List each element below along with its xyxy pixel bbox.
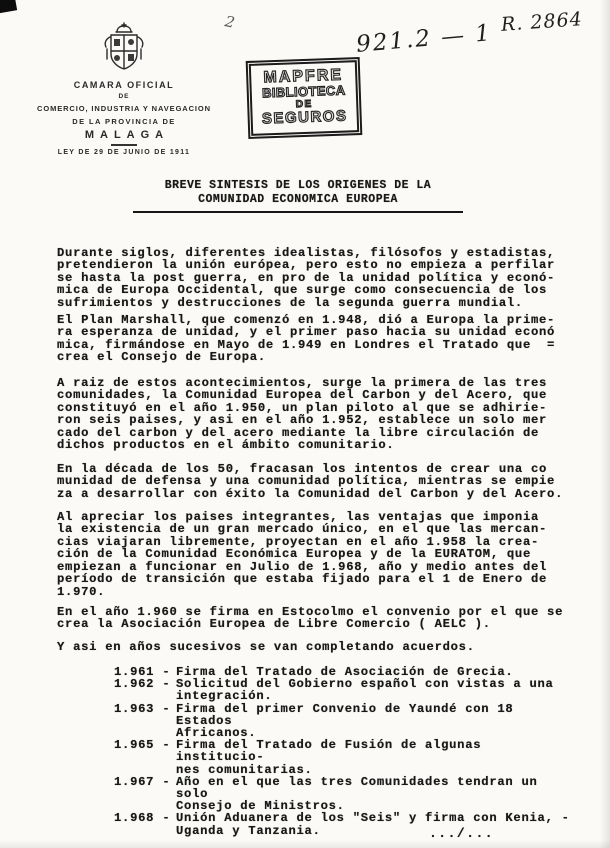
stamp-line4: SEGUROS — [255, 108, 353, 127]
timeline-separator: - — [156, 678, 176, 690]
letterhead-city: MALAGA — [28, 129, 220, 141]
title-line1: BREVE SINTESIS DE LOS ORIGENES DE LA — [133, 179, 463, 193]
timeline-text: Firma del Tratado de Fusión de algunas i… — [176, 739, 576, 776]
library-stamp: MAPFRE BIBLIOTECA DE SEGUROS — [246, 57, 363, 139]
timeline-separator: - — [156, 776, 176, 788]
timeline-text: Unión Aduanera de los "Seis" y firma con… — [176, 812, 576, 836]
timeline-separator: - — [156, 812, 176, 824]
letterhead-org-line1: CAMARA OFICIAL — [28, 80, 220, 90]
timeline-year: 1.967 — [114, 776, 156, 788]
timeline-year: 1.962 — [114, 678, 156, 690]
handwritten-registry-number: R. 2864 — [500, 8, 583, 36]
scan-corner-artifact — [0, 0, 17, 14]
coat-of-arms-icon — [101, 22, 147, 74]
letterhead: CAMARA OFICIAL DE COMERCIO, INDUSTRIA Y … — [28, 22, 220, 156]
body-paragraph-3: A raiz de estos acontecimientos, surge l… — [57, 377, 581, 452]
letterhead-law-line: LEY DE 29 DE JUNIO DE 1911 — [28, 149, 220, 156]
timeline-item-1968: 1.968 - Unión Aduanera de los "Seis" y f… — [114, 812, 584, 836]
page-continuation-mark: .../... — [429, 826, 494, 841]
letterhead-org-line2: DE — [28, 93, 220, 100]
letterhead-divider — [111, 144, 137, 146]
timeline-text: Solicitud del Gobierno español con vista… — [176, 678, 576, 702]
timeline-separator: - — [156, 739, 176, 751]
timeline-item-1962: 1.962 - Solicitud del Gobierno español c… — [114, 678, 584, 702]
body-paragraph-4: En la década de los 50, fracasan los int… — [57, 463, 581, 500]
timeline-item-1963: 1.963 - Firma del primer Convenio de Yau… — [114, 703, 584, 740]
scanned-document-page: CAMARA OFICIAL DE COMERCIO, INDUSTRIA Y … — [0, 0, 610, 848]
body-paragraph-intro-list: Y asi en años sucesivos se van completan… — [57, 641, 581, 653]
document-title: BREVE SINTESIS DE LOS ORIGENES DE LA COM… — [133, 179, 463, 213]
body-paragraph-2: El Plan Marshall, que comenzó en 1.948, … — [57, 314, 581, 364]
body-paragraph-6: En el año 1.960 se firma en Estocolmo el… — [57, 606, 581, 631]
body-paragraph-1: Durante siglos, diferentes idealistas, f… — [57, 247, 581, 309]
handwritten-classification-number: 921.2 — 1 — [355, 20, 493, 58]
timeline-text: Año en el que las tres Comunidades tendr… — [176, 776, 576, 813]
timeline-item-1965: 1.965 - Firma del Tratado de Fusión de a… — [114, 739, 584, 776]
letterhead-org-line3: COMERCIO, INDUSTRIA Y NAVEGACION — [28, 104, 220, 113]
timeline-item-1967: 1.967 - Año en el que las tres Comunidad… — [114, 776, 584, 813]
timeline-year: 1.968 — [114, 812, 156, 824]
letterhead-org-line4: DE LA PROVINCIA DE — [28, 117, 220, 126]
pen-mark: 2 — [223, 12, 236, 32]
timeline-list: 1.961 - Firma del Tratado de Asociación … — [114, 666, 584, 837]
title-line2: COMUNIDAD ECONOMICA EUROPEA — [133, 193, 463, 207]
timeline-separator: - — [156, 703, 176, 715]
body-paragraph-5: Al apreciar los paises integrantes, las … — [57, 511, 581, 598]
timeline-year: 1.965 — [114, 739, 156, 751]
timeline-year: 1.963 — [114, 703, 156, 715]
timeline-text: Firma del primer Convenio de Yaundé con … — [176, 703, 576, 740]
